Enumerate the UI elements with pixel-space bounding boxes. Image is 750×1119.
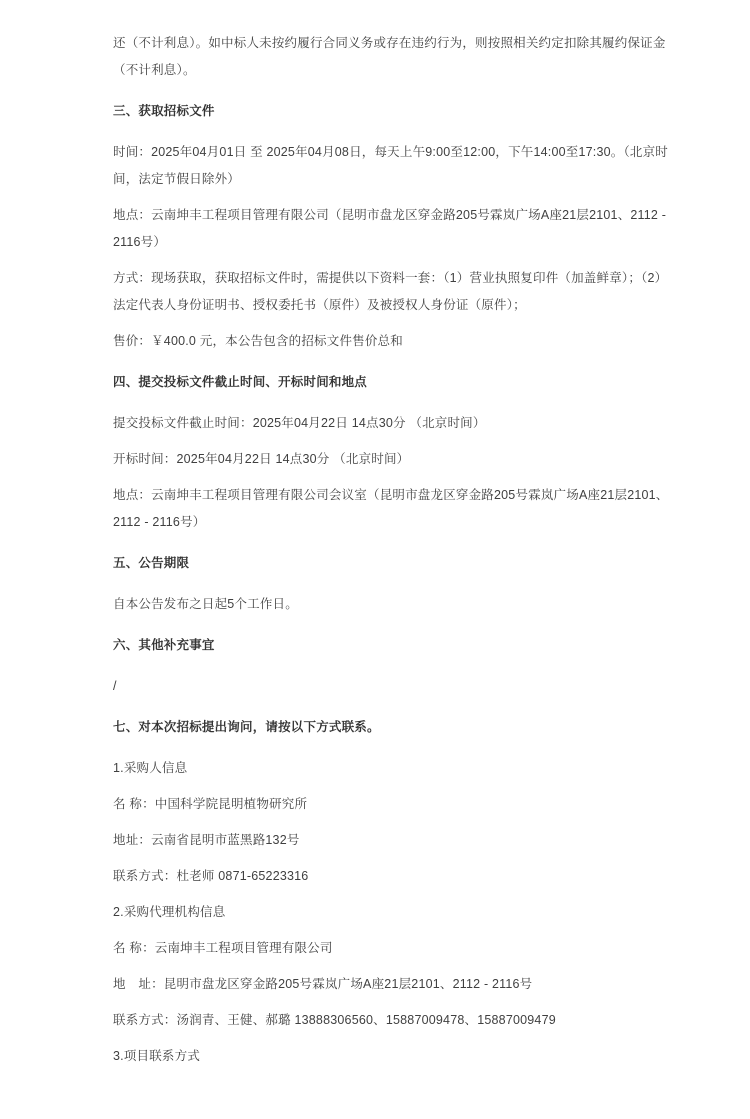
para-obtain-location: 地点：云南坤丰工程项目管理有限公司（昆明市盘龙区穿金路205号霖岚广场A座21层… (113, 202, 670, 256)
heading-section-3-obtain-documents: 三、获取招标文件 (113, 98, 670, 125)
heading-section-6-other-matters: 六、其他补充事宜 (113, 632, 670, 659)
para-submission-deadline: 提交投标文件截止时间：2025年04月22日 14点30分 （北京时间） (113, 410, 670, 437)
para-notice-period: 自本公告发布之日起5个工作日。 (113, 591, 670, 618)
heading-section-4-submission-and-opening: 四、提交投标文件截止时间、开标时间和地点 (113, 369, 670, 396)
para-purchaser-name: 名 称：中国科学院昆明植物研究所 (113, 791, 670, 818)
para-guarantee-refund: 还（不计利息）。如中标人未按约履行合同义务或存在违约行为，则按照相关约定扣除其履… (113, 30, 670, 84)
para-purchaser-address: 地址：云南省昆明市蓝黑路132号 (113, 827, 670, 854)
para-agency-name: 名 称：云南坤丰工程项目管理有限公司 (113, 935, 670, 962)
para-purchaser-info-title: 1.采购人信息 (113, 755, 670, 782)
para-obtain-time: 时间：2025年04月01日 至 2025年04月08日，每天上午9:00至12… (113, 139, 670, 193)
para-bid-opening-location: 地点：云南坤丰工程项目管理有限公司会议室（昆明市盘龙区穿金路205号霖岚广场A座… (113, 482, 670, 536)
para-agency-address: 地 址：昆明市盘龙区穿金路205号霖岚广场A座21层2101、2112 - 21… (113, 971, 670, 998)
para-other-matters: / (113, 673, 670, 700)
tender-notice-document: 还（不计利息）。如中标人未按约履行合同义务或存在违约行为，则按照相关约定扣除其履… (113, 0, 670, 1119)
heading-section-7-inquiry-contact: 七、对本次招标提出询问，请按以下方式联系。 (113, 714, 670, 741)
heading-section-5-notice-period: 五、公告期限 (113, 550, 670, 577)
para-purchaser-contact: 联系方式：杜老师 0871-65223316 (113, 863, 670, 890)
para-bid-opening-time: 开标时间：2025年04月22日 14点30分 （北京时间） (113, 446, 670, 473)
para-obtain-method: 方式：现场获取，获取招标文件时，需提供以下资料一套：（1）营业执照复印件（加盖鲜… (113, 265, 670, 319)
para-agency-contact: 联系方式：汤润青、王健、郝璐 13888306560、15887009478、1… (113, 1007, 670, 1034)
para-document-price: 售价：￥400.0 元，本公告包含的招标文件售价总和 (113, 328, 670, 355)
para-agency-info-title: 2.采购代理机构信息 (113, 899, 670, 926)
para-project-contact-title: 3.项目联系方式 (113, 1043, 670, 1070)
